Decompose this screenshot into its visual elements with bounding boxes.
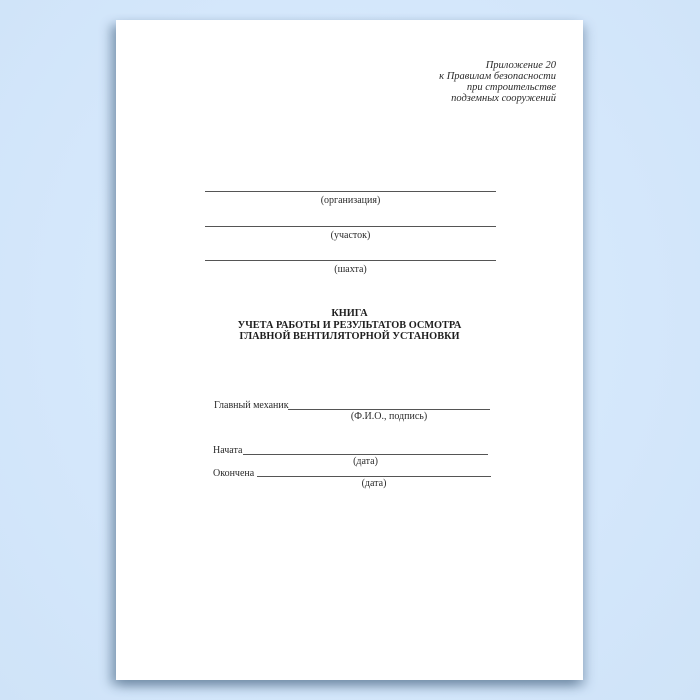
finished-field[interactable] bbox=[257, 476, 491, 477]
started-field[interactable] bbox=[243, 454, 488, 455]
appendix-line: подземных сооружений bbox=[439, 93, 556, 104]
mine-field[interactable] bbox=[205, 260, 496, 261]
started-label: Начата bbox=[213, 445, 242, 456]
organization-field[interactable] bbox=[205, 191, 496, 192]
title-line: УЧЕТА РАБОТЫ И РЕЗУЛЬТАТОВ ОСМОТРА bbox=[116, 320, 583, 332]
document-page: Приложение 20 к Правилам безопасности пр… bbox=[116, 20, 583, 680]
appendix-line: к Правилам безопасности bbox=[439, 71, 556, 82]
started-caption: (дата) bbox=[243, 456, 488, 467]
mine-caption: (шахта) bbox=[205, 264, 496, 275]
chief-mechanic-caption: (Ф.И.О., подпись) bbox=[288, 411, 490, 422]
section-field[interactable] bbox=[205, 226, 496, 227]
appendix-line: Приложение 20 bbox=[439, 60, 556, 71]
document-title: КНИГА УЧЕТА РАБОТЫ И РЕЗУЛЬТАТОВ ОСМОТРА… bbox=[116, 308, 583, 343]
finished-label: Окончена bbox=[213, 468, 254, 479]
title-line: КНИГА bbox=[116, 308, 583, 320]
title-line: ГЛАВНОЙ ВЕНТИЛЯТОРНОЙ УСТАНОВКИ bbox=[116, 331, 583, 343]
appendix-note: Приложение 20 к Правилам безопасности пр… bbox=[439, 60, 556, 104]
finished-caption: (дата) bbox=[257, 478, 491, 489]
chief-mechanic-field[interactable] bbox=[288, 409, 490, 410]
organization-caption: (организация) bbox=[205, 195, 496, 206]
appendix-line: при строительстве bbox=[439, 82, 556, 93]
section-caption: (участок) bbox=[205, 230, 496, 241]
chief-mechanic-label: Главный механик bbox=[214, 400, 289, 411]
